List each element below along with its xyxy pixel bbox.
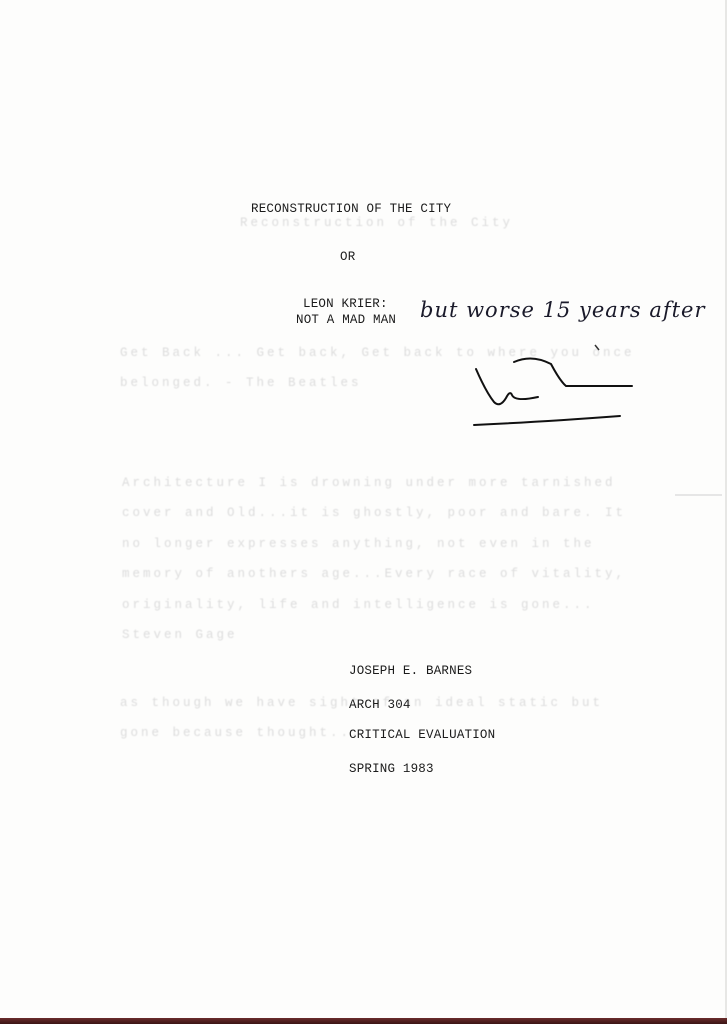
course-number: ARCH 304: [349, 698, 411, 712]
scanner-background: [0, 1018, 727, 1024]
signature-icon: [0, 0, 727, 1024]
term: SPRING 1983: [349, 762, 434, 776]
author-name: JOSEPH E. BARNES: [349, 664, 472, 678]
scanned-page: Reconstruction of the City Get Back ... …: [0, 0, 727, 1018]
assignment-type: CRITICAL EVALUATION: [349, 728, 495, 742]
